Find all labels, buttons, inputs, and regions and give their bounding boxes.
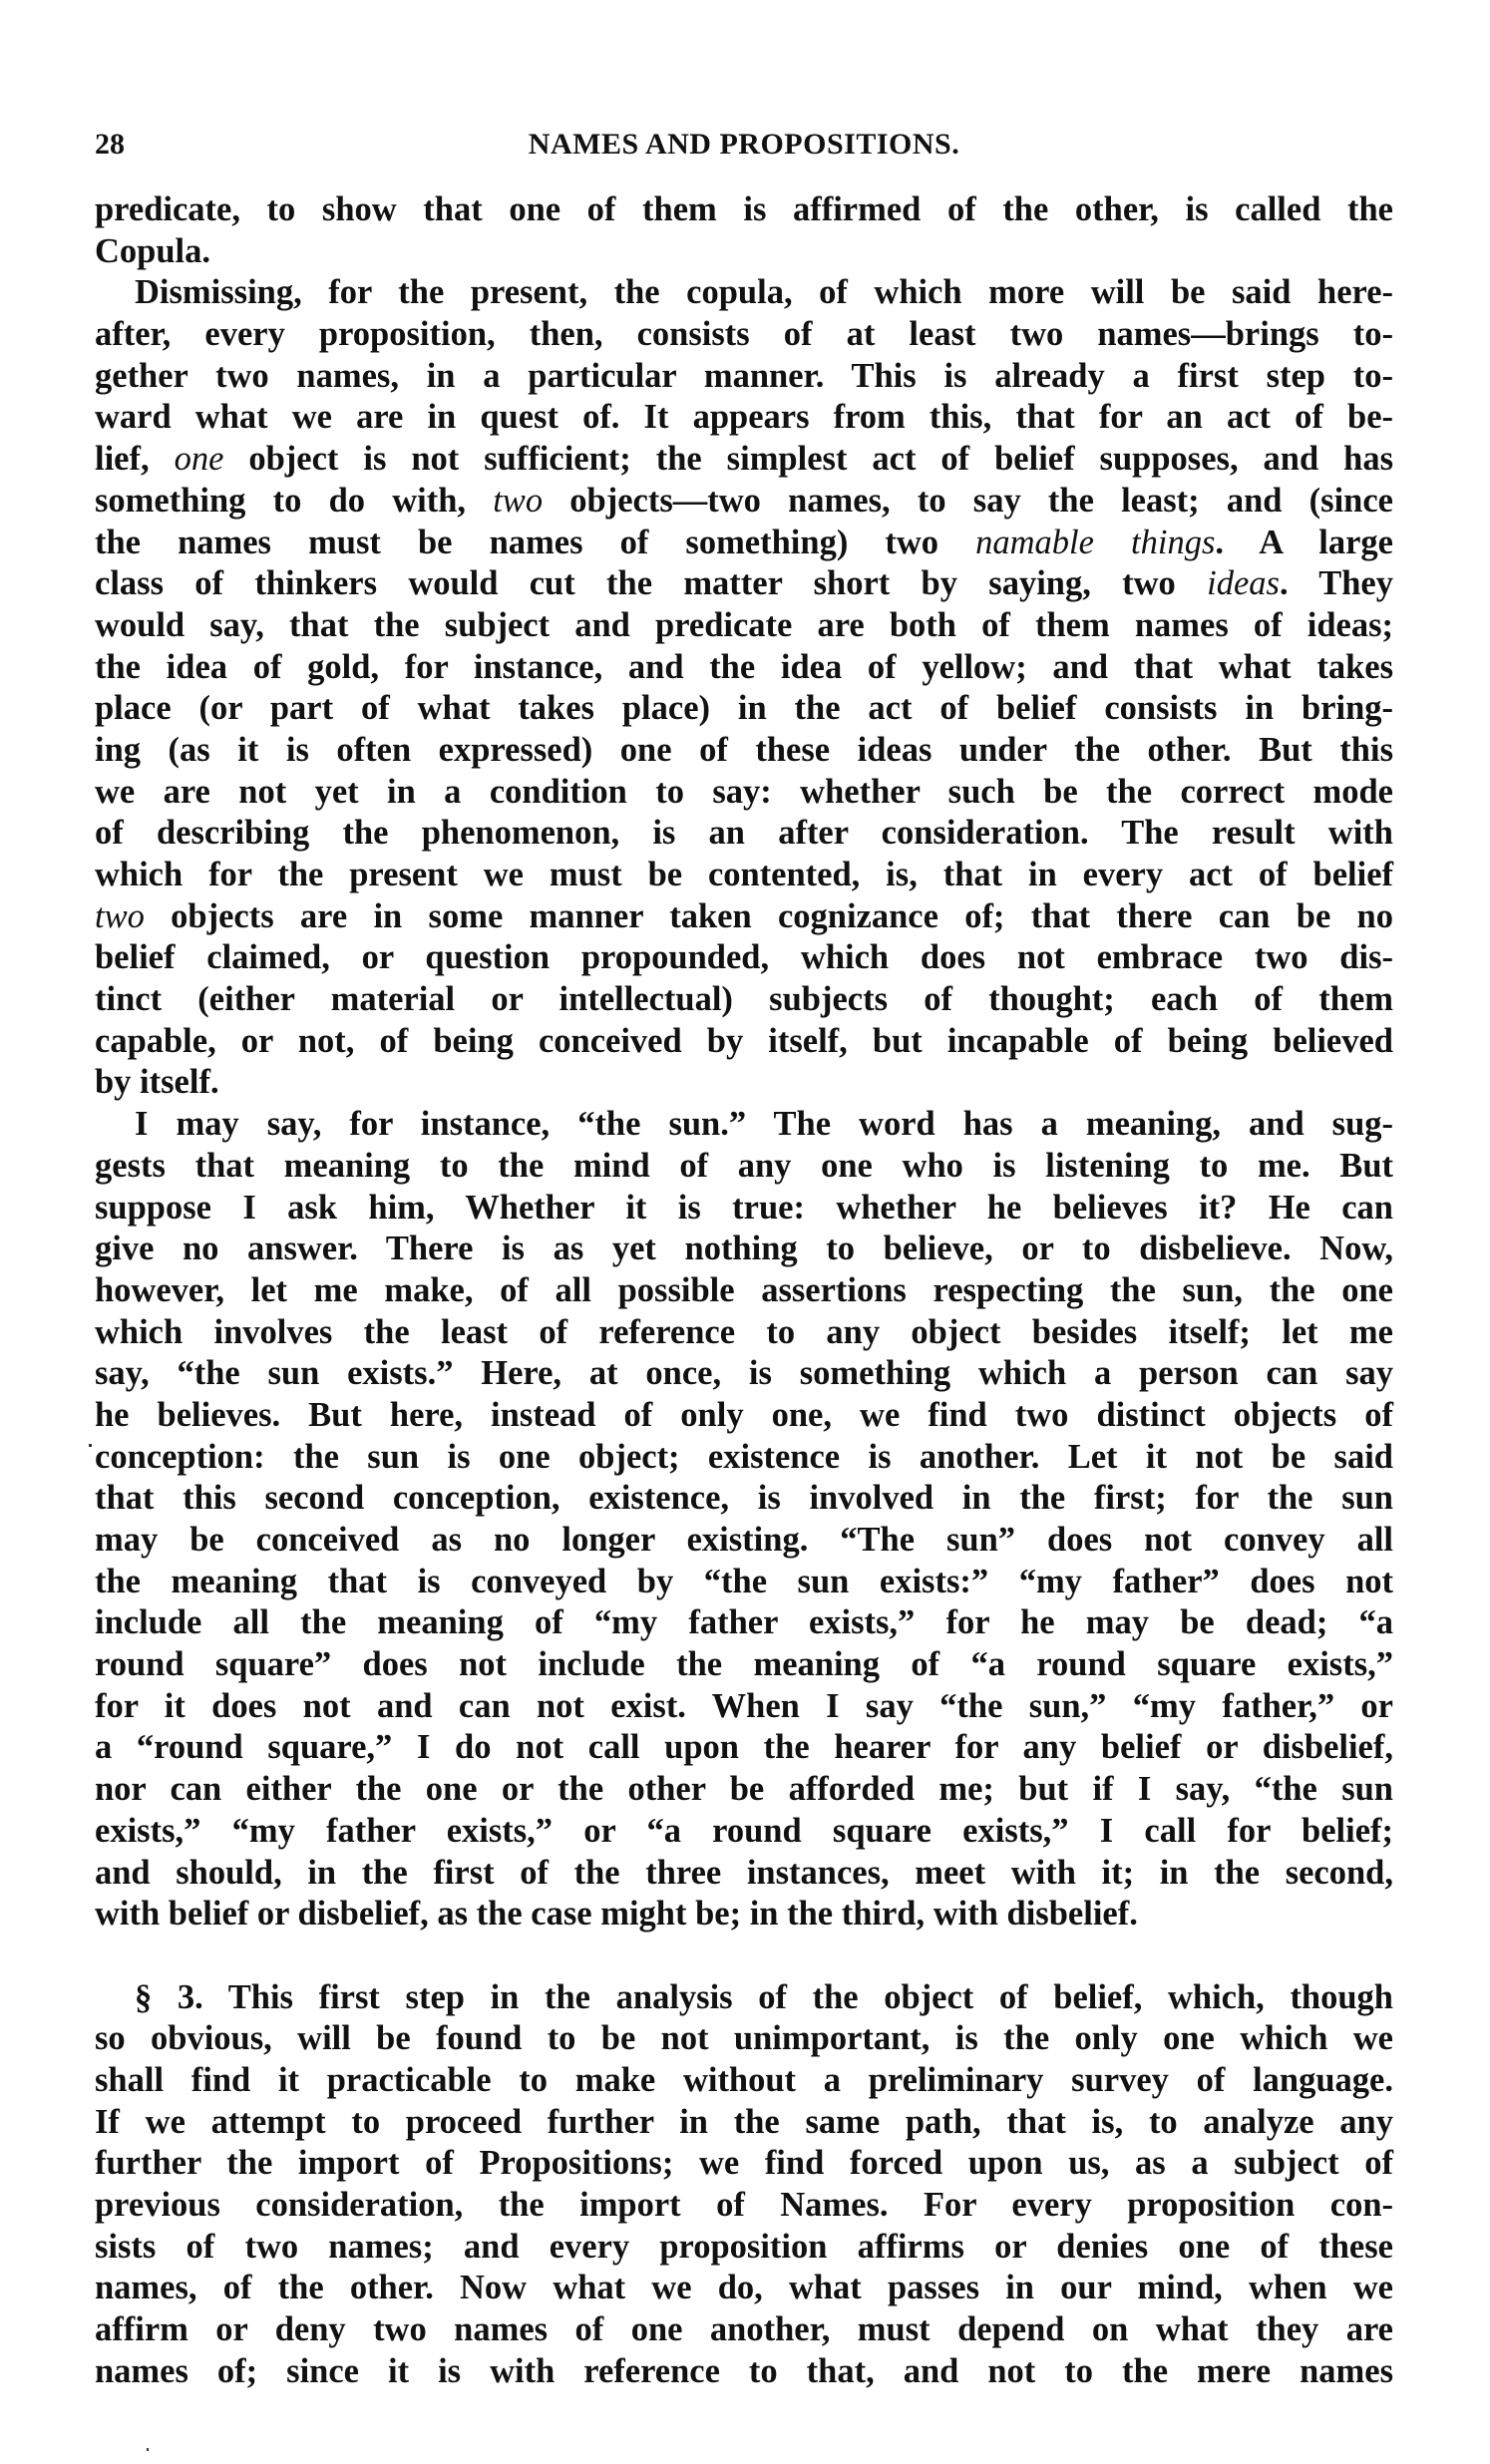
text-line: may be conceived as no longer existing. … bbox=[95, 1520, 1393, 1562]
running-head: 28 NAMES AND PROPOSITIONS. bbox=[95, 128, 1393, 172]
text-line: predicate, to show that one of them is a… bbox=[95, 189, 1393, 231]
text-line: round square” does not include the meani… bbox=[95, 1644, 1393, 1686]
text-line: something to do with, two objects—two na… bbox=[95, 481, 1393, 523]
text-line: the idea of gold, for instance, and the … bbox=[95, 647, 1393, 689]
text-line: class of thinkers would cut the matter s… bbox=[95, 563, 1393, 605]
text-line: conception: the sun is one object; exist… bbox=[95, 1437, 1393, 1479]
text-line: suppose I ask him, Whether it is true: w… bbox=[95, 1188, 1393, 1230]
text-line: lief, one object is not sufficient; the … bbox=[95, 439, 1393, 481]
text-line: two objects are in some manner taken cog… bbox=[95, 896, 1393, 938]
text-line: exists,” “my father exists,” or “a round… bbox=[95, 1811, 1393, 1853]
section-gap bbox=[95, 1936, 1393, 1977]
text-line: tinct (either material or intellectual) … bbox=[95, 979, 1393, 1021]
text-line: sists of two names; and every propositio… bbox=[95, 2227, 1393, 2269]
text-line: If we attempt to proceed further in the … bbox=[95, 2102, 1393, 2144]
text-line: a “round square,” I do not call upon the… bbox=[95, 1727, 1393, 1769]
text-line: after, every proposition, then, consists… bbox=[95, 314, 1393, 356]
text-line: the names must be names of something) tw… bbox=[95, 523, 1393, 564]
scan-speck bbox=[89, 1444, 92, 1447]
text-line: names of; since it is with reference to … bbox=[95, 2351, 1393, 2393]
running-title: NAMES AND PROPOSITIONS. bbox=[95, 128, 1393, 162]
text-line: so obvious, will be found to be not unim… bbox=[95, 2018, 1393, 2060]
text-line: the meaning that is conveyed by “the sun… bbox=[95, 1562, 1393, 1603]
text-line: Dismissing, for the present, the copula,… bbox=[95, 272, 1393, 314]
text-line: place (or part of what takes place) in t… bbox=[95, 688, 1393, 730]
text-line: ing (as it is often expressed) one of th… bbox=[95, 730, 1393, 772]
body-text: predicate, to show that one of them is a… bbox=[95, 189, 1393, 2392]
text-line: include all the meaning of “my father ex… bbox=[95, 1602, 1393, 1644]
text-line: names, of the other. Now what we do, wha… bbox=[95, 2268, 1393, 2309]
text-line: that this second conception, existence, … bbox=[95, 1478, 1393, 1520]
text-line: however, let me make, of all possible as… bbox=[95, 1270, 1393, 1312]
text-line: nor can either the one or the other be a… bbox=[95, 1769, 1393, 1811]
text-line: which involves the least of reference to… bbox=[95, 1312, 1393, 1354]
text-line: he believes. But here, instead of only o… bbox=[95, 1395, 1393, 1437]
text-line: and should, in the first of the three in… bbox=[95, 1853, 1393, 1895]
text-line: gether two names, in a particular manner… bbox=[95, 356, 1393, 398]
text-line: belief claimed, or question propounded, … bbox=[95, 937, 1393, 979]
text-line: affirm or deny two names of one another,… bbox=[95, 2309, 1393, 2351]
text-line: of describing the phenomenon, is an afte… bbox=[95, 813, 1393, 855]
text-line: § 3. This first step in the analysis of … bbox=[95, 1977, 1393, 2019]
text-line: by itself. bbox=[95, 1062, 1393, 1104]
text-line: give no answer. There is as yet nothing … bbox=[95, 1229, 1393, 1270]
text-line: would say, that the subject and predicat… bbox=[95, 605, 1393, 647]
text-line: for it does not and can not exist. When … bbox=[95, 1686, 1393, 1728]
text-line: Copula. bbox=[95, 231, 1393, 273]
text-line: previous consideration, the import of Na… bbox=[95, 2185, 1393, 2227]
text-line: I may say, for instance, “the sun.” The … bbox=[95, 1104, 1393, 1146]
text-line: shall find it practicable to make withou… bbox=[95, 2060, 1393, 2102]
text-line: ward what we are in quest of. It appears… bbox=[95, 397, 1393, 439]
text-line: with belief or disbelief, as the case mi… bbox=[95, 1894, 1393, 1936]
text-line: which for the present we must be content… bbox=[95, 855, 1393, 896]
text-line: we are not yet in a condition to say: wh… bbox=[95, 772, 1393, 814]
text-line: gests that meaning to the mind of any on… bbox=[95, 1146, 1393, 1188]
scan-speck bbox=[147, 2448, 149, 2451]
text-line: further the import of Propositions; we f… bbox=[95, 2143, 1393, 2185]
text-line: say, “the sun exists.” Here, at once, is… bbox=[95, 1353, 1393, 1395]
text-line: capable, or not, of being conceived by i… bbox=[95, 1021, 1393, 1063]
